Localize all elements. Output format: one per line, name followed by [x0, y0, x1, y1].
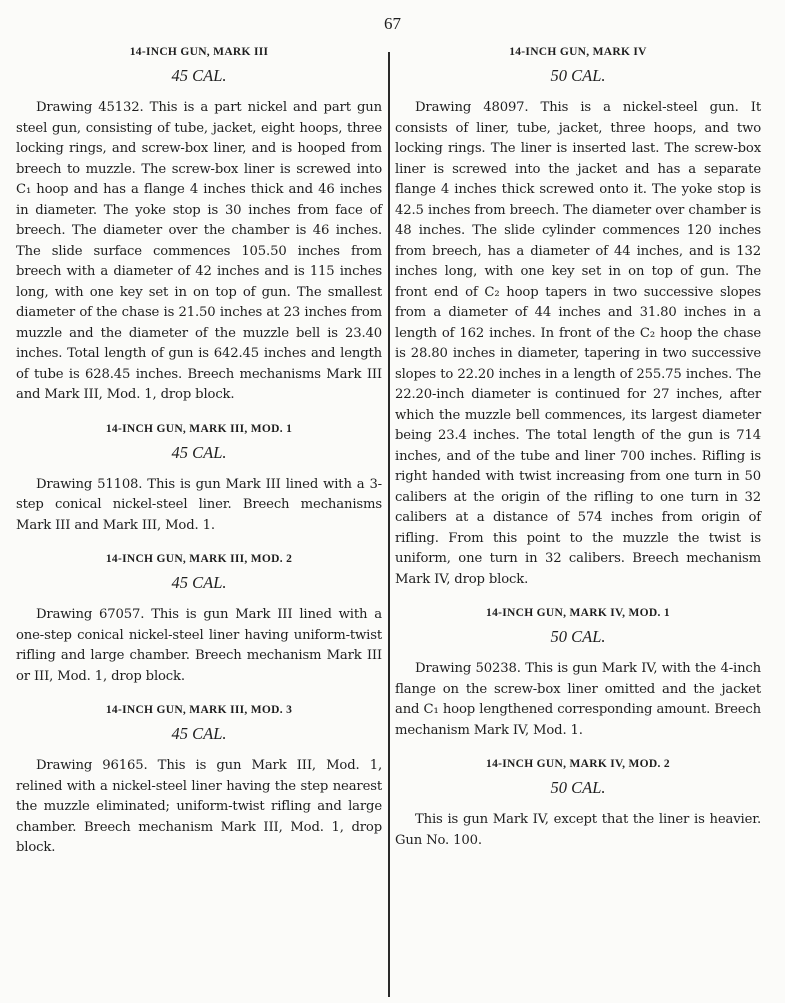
- section-mark-iii-mod-2: 14-INCH GUN, MARK III, MOD. 2 45 CAL. Dr…: [16, 553, 382, 687]
- caliber-label: 45 CAL.: [16, 66, 382, 86]
- section-mark-iv-mod-2: 14-INCH GUN, MARK IV, MOD. 2 50 CAL. Thi…: [395, 758, 761, 851]
- section-body: Drawing 45132. This is a part nickel and…: [16, 98, 382, 406]
- section-mark-iii: 14-INCH GUN, MARK III 45 CAL. Drawing 45…: [16, 46, 382, 406]
- section-body: Drawing 48097. This is a nickel-steel gu…: [395, 98, 761, 590]
- caliber-label: 45 CAL.: [16, 443, 382, 463]
- section-heading: 14-INCH GUN, MARK III, MOD. 1: [16, 423, 382, 435]
- column-divider: [388, 52, 390, 997]
- caliber-label: 45 CAL.: [16, 573, 382, 593]
- section-body: Drawing 50238. This is gun Mark IV, with…: [395, 659, 761, 741]
- caliber-label: 45 CAL.: [16, 724, 382, 744]
- section-mark-iii-mod-3: 14-INCH GUN, MARK III, MOD. 3 45 CAL. Dr…: [16, 704, 382, 859]
- section-heading: 14-INCH GUN, MARK IV, MOD. 1: [395, 607, 761, 619]
- section-mark-iii-mod-1: 14-INCH GUN, MARK III, MOD. 1 45 CAL. Dr…: [16, 423, 382, 537]
- caliber-label: 50 CAL.: [395, 778, 761, 798]
- section-heading: 14-INCH GUN, MARK IV, MOD. 2: [395, 758, 761, 770]
- page-number: 67: [0, 14, 785, 34]
- section-heading: 14-INCH GUN, MARK III, MOD. 2: [16, 553, 382, 565]
- section-heading: 14-INCH GUN, MARK IV: [395, 46, 761, 58]
- section-body: Drawing 96165. This is gun Mark III, Mod…: [16, 756, 382, 859]
- section-body: Drawing 67057. This is gun Mark III line…: [16, 605, 382, 687]
- section-mark-iv-mod-1: 14-INCH GUN, MARK IV, MOD. 1 50 CAL. Dra…: [395, 607, 761, 741]
- left-column: 14-INCH GUN, MARK III 45 CAL. Drawing 45…: [16, 46, 382, 876]
- section-body: Drawing 51108. This is gun Mark III line…: [16, 475, 382, 537]
- section-heading: 14-INCH GUN, MARK III, MOD. 3: [16, 704, 382, 716]
- section-body: This is gun Mark IV, except that the lin…: [395, 810, 761, 851]
- section-mark-iv: 14-INCH GUN, MARK IV 50 CAL. Drawing 480…: [395, 46, 761, 590]
- right-column: 14-INCH GUN, MARK IV 50 CAL. Drawing 480…: [395, 46, 761, 868]
- caliber-label: 50 CAL.: [395, 66, 761, 86]
- caliber-label: 50 CAL.: [395, 627, 761, 647]
- section-heading: 14-INCH GUN, MARK III: [16, 46, 382, 58]
